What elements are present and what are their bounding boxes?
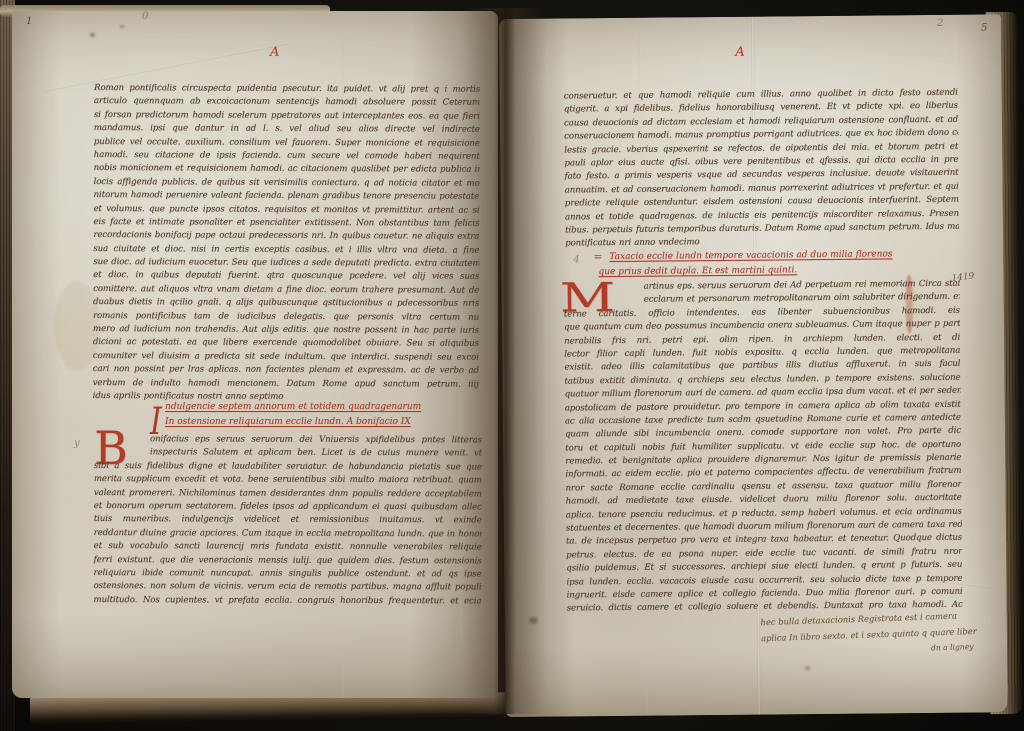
heading-letter-right: A [735,45,745,60]
left-margin-mark: y [74,438,80,449]
rubric-line: ndulgencie septem annorum et totidem qua… [165,400,421,415]
right-margin-mark: 4 [573,254,579,265]
stain-speck [529,617,538,624]
text-line: ferri existunt. que die veneracionis men… [94,555,482,570]
folio-number-right: 5 [981,22,987,33]
text-line: sibi a suis fidelibus digne et laudabili… [94,461,482,476]
text-line: et sub vocabulo sancti laurencij mris fu… [94,541,482,556]
manuscript-photo: 1 0 A Roman pontificalis circuspecta pui… [0,0,1024,731]
faint-mark: 2 [937,18,943,29]
text-line: reliquiaru ibide comunit nuncupat. annis… [93,568,481,583]
folio-number-left: 1 [26,16,32,27]
quire-mark: 0 [142,11,148,22]
right-text-block-1: conseruetur. et que hamodi reliquie cum … [564,88,960,252]
stain-speck [805,666,810,670]
rubric-line: que prius dedit dupla. Et est martini qu… [598,262,892,280]
left-text-block-2: onifacius eps seruus seruorum dei Vniuer… [93,434,482,609]
rubric-line: In ostensione reliquiarum ecclie lundn. … [165,415,421,430]
left-rubric: I ndulgencie septem annorum et totidem q… [150,400,421,430]
heading-letter-left: A [270,45,279,60]
text-line: reddantur diuine gracie apciores. Cum it… [94,528,482,543]
text-line: et bonorum operum sectatorem. fideles ip… [94,501,482,516]
colophon-note: hec bulla detaxacionis Registrata est i … [760,608,973,662]
left-text-block-1: Roman pontificalis circuspecta puidentia… [93,83,480,406]
text-line: tiuis muneribus. indulgencijs videlicet … [94,514,482,529]
rubric-marker: = [593,250,602,263]
right-text-block-2: artinus eps. seruus seruorum dei Ad perp… [564,279,963,618]
text-line: valeant promereri. Nichilominus tamen de… [94,488,482,503]
text-line: inspecturis Salutem et aplicam ben. Lice… [150,448,482,463]
stain-speck [120,25,124,28]
right-page: 5 2 A conseruetur. et que hamodi reliqui… [499,14,1008,717]
right-rubric: = Taxacio ecclie lundn tempore vacacioni… [593,247,892,280]
text-line: multitudo. Nos cupientes. vt prefata ecc… [93,595,481,610]
text-line: onifacius eps seruus seruorum dei Vniuer… [150,434,482,449]
rubric-line: Taxacio ecclie lundn tempore vacacionis … [609,247,892,265]
text-line: ostensiones. non solum de vicinis. verum… [93,581,481,596]
text-line: merita supplicum excedit et vota. bene s… [94,474,482,489]
stain-speck [90,33,95,37]
left-page: 1 0 A Roman pontificalis circuspecta pui… [12,11,498,698]
